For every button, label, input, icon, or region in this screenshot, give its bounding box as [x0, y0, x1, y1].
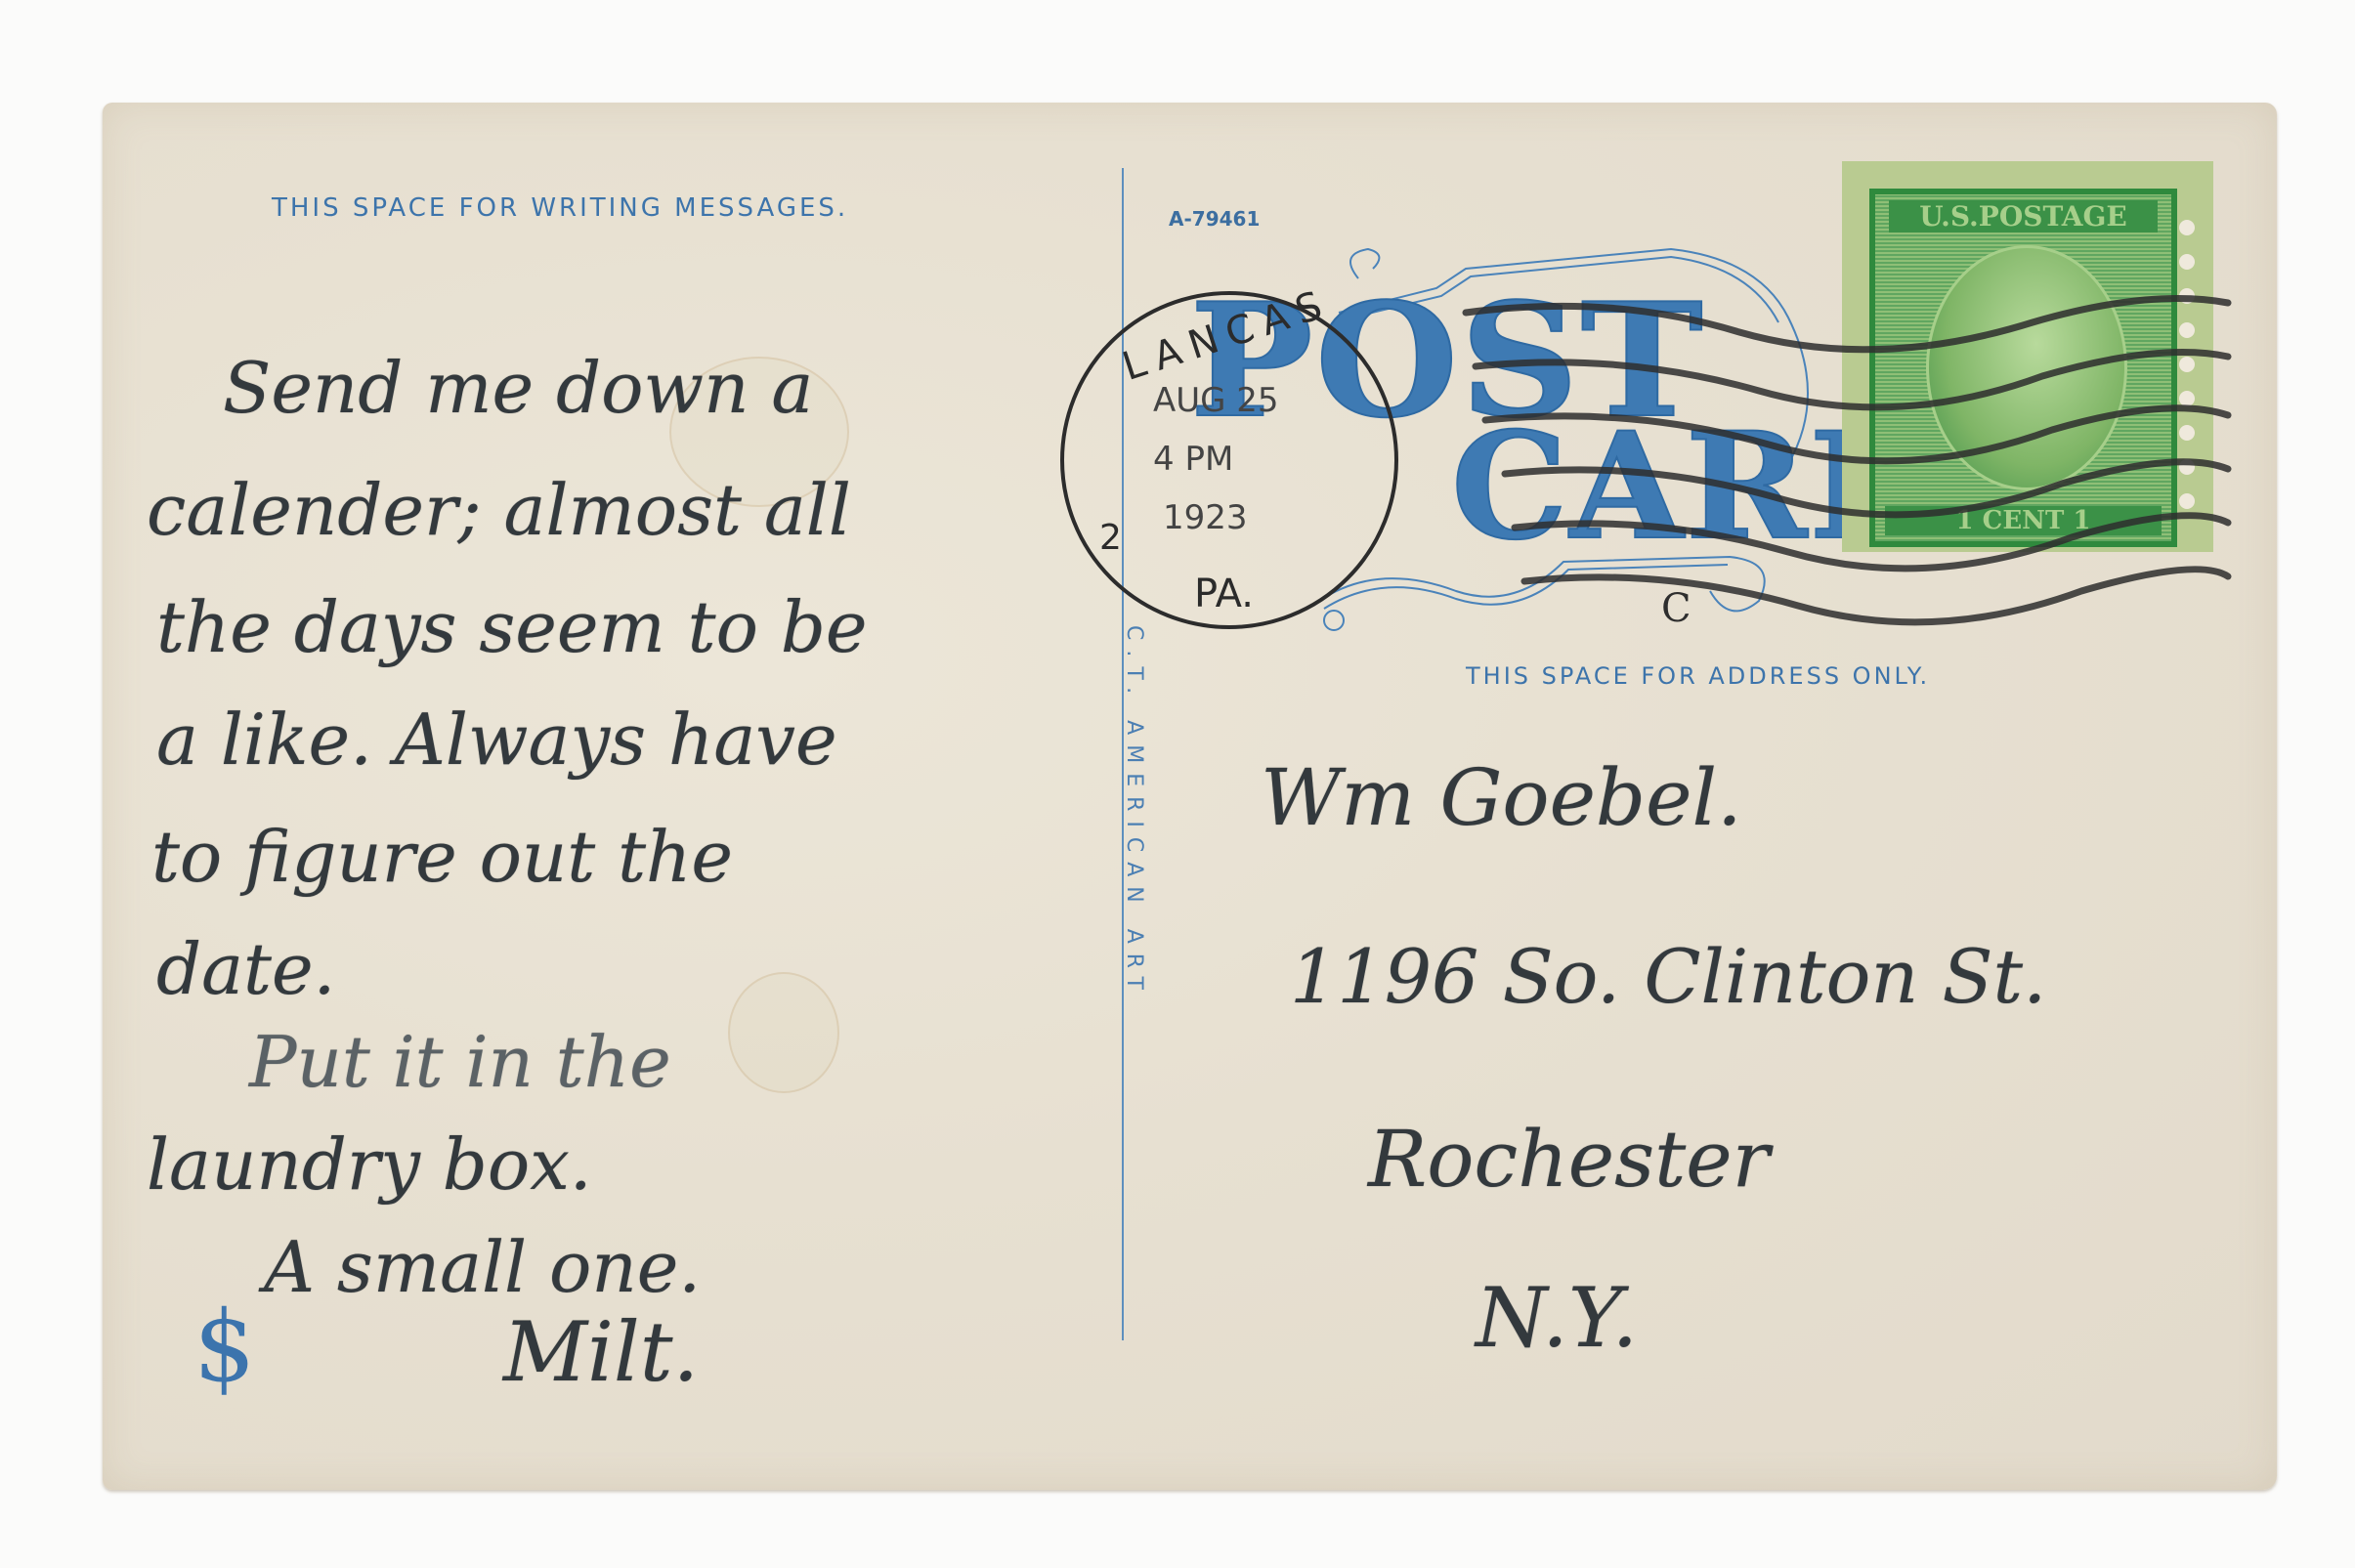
postmark-station: 2: [1099, 518, 1122, 558]
signature: Milt.: [503, 1304, 699, 1400]
postmark-time: 4 PM: [1153, 440, 1233, 479]
perforation: [2179, 220, 2195, 235]
message-area-header: THIS SPACE FOR WRITING MESSAGES.: [272, 193, 848, 223]
postmark-year: 1923: [1163, 498, 1248, 537]
message-line: A small one.: [264, 1226, 701, 1308]
publisher-logo-icon: $: [193, 1290, 256, 1404]
water-stain: [728, 972, 839, 1093]
perforation: [2179, 254, 2195, 270]
message-line: to figure out the: [151, 816, 733, 898]
publisher-credit: C.T. AMERICAN ART: [1123, 625, 1146, 1211]
message-line: a like. Always have: [156, 699, 837, 781]
address-line: Wm Goebel.: [1261, 752, 1742, 843]
message-line: laundry box.: [147, 1123, 592, 1206]
message-line: date.: [156, 928, 335, 1010]
address-line: 1196 So. Clinton St.: [1290, 933, 2046, 1020]
plate-number: A-79461: [1169, 207, 1260, 231]
postmark-state: PA.: [1194, 572, 1254, 616]
message-line: Send me down a: [223, 347, 813, 429]
message-line: Put it in the: [249, 1021, 671, 1103]
address-line: N.Y.: [1476, 1270, 1638, 1366]
message-line: calender; almost all: [147, 469, 851, 551]
cancellation-lines-icon: [1368, 283, 2345, 674]
stamp-header: U.S.POSTAGE: [1889, 200, 2158, 233]
postmark-date: AUG 25: [1153, 381, 1279, 420]
address-line: Rochester: [1368, 1114, 1770, 1205]
message-line: the days seem to be: [156, 586, 868, 668]
